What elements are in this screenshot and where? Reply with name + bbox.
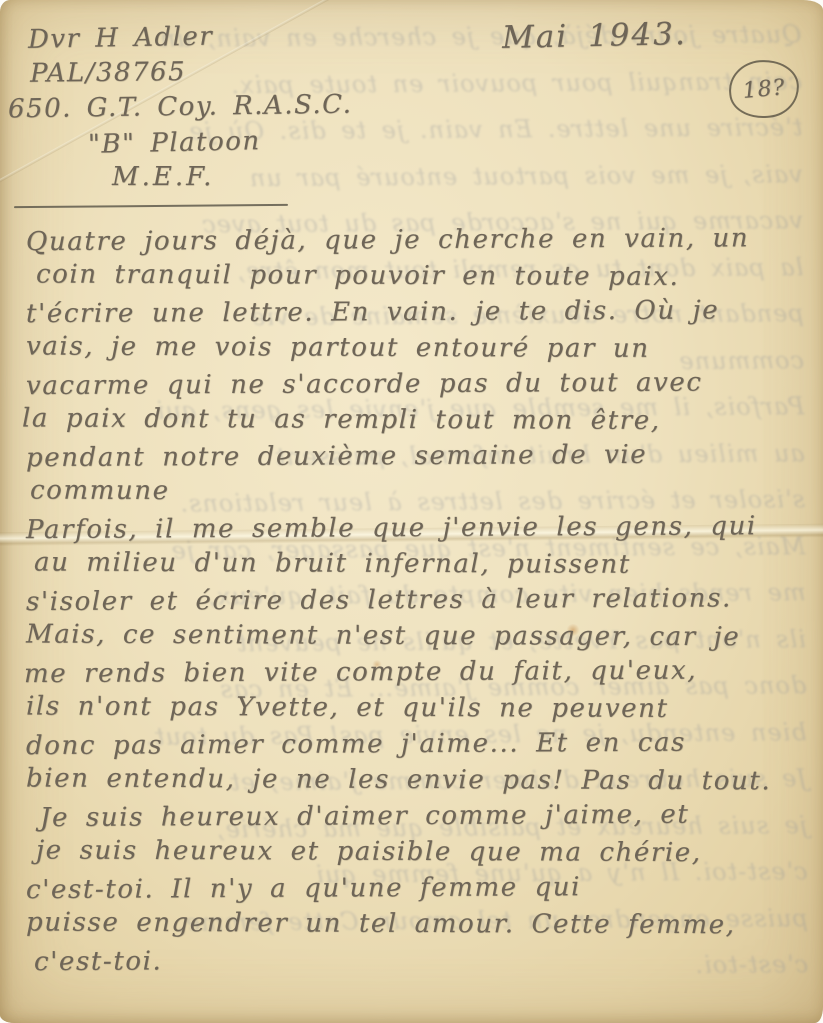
body-line: Parfois, il me semble que j'envie les ge… [26, 508, 823, 548]
body-line: c'est-toi. Il n'y a qu'une femme qui [26, 868, 823, 908]
sender-line: M.E.F. [112, 160, 352, 195]
body-line: donc pas aimer comme j'aime... Et en cas [26, 724, 823, 764]
body-line: bien entendu, je ne les envie pas! Pas d… [26, 760, 823, 799]
letter-date: Mai 1943. [502, 16, 687, 56]
body-line: au milieu d'un bruit infernal, puissent [34, 544, 823, 583]
body-line: s'isoler et écrire des lettres à leur re… [26, 580, 823, 620]
body-line: la paix dont tu as rempli tout mon être, [22, 400, 823, 439]
body-line: t'écrire une lettre. En vain. je te dis.… [26, 292, 823, 332]
body-line: Mais, ce sentiment n'est que passager, c… [26, 616, 823, 655]
body-line: vacarme qui ne s'accorde pas du tout ave… [26, 364, 823, 404]
body-line: puisse engendrer un tel amour. Cette fem… [26, 904, 823, 943]
letter-scan: Quatre jours déjà, que je cherche en vai… [0, 0, 823, 1023]
body-line: coin tranquil pour pouvoir en toute paix… [36, 256, 823, 295]
body-line: Quatre jours déjà, que je cherche en vai… [26, 220, 823, 260]
sender-line: PAL/38765 [30, 53, 353, 91]
body-line: me rends bien vite compte du fait, qu'eu… [24, 652, 823, 692]
body-line: Je suis heureux d'aimer comme j'aime, et [40, 796, 823, 836]
body-line: vais, je me vois partout entouré par un [26, 328, 823, 367]
letter-page: Quatre jours déjà, que je cherche en vai… [0, 0, 823, 1023]
sender-line: "B" Platoon [88, 122, 353, 163]
body-line: pendant notre deuxième semaine de vie [26, 436, 823, 476]
body-line: ils n'ont pas Yvette, et qu'ils ne peuve… [26, 688, 823, 727]
body-line: commune [30, 472, 823, 511]
letter-body: Quatre jours déjà, que je cherche en vai… [0, 222, 823, 978]
sender-line: Dvr H Adler [28, 17, 353, 58]
sender-line: 650. G.T. Coy. R.A.S.C. [8, 88, 353, 128]
body-line: je suis heureux et paisible que ma chéri… [36, 832, 823, 871]
page-number-text: 18? [742, 75, 787, 104]
body-line: c'est-toi. [34, 940, 823, 980]
sender-address-block: Dvr H AdlerPAL/38765650. G.T. Coy. R.A.S… [26, 20, 352, 195]
